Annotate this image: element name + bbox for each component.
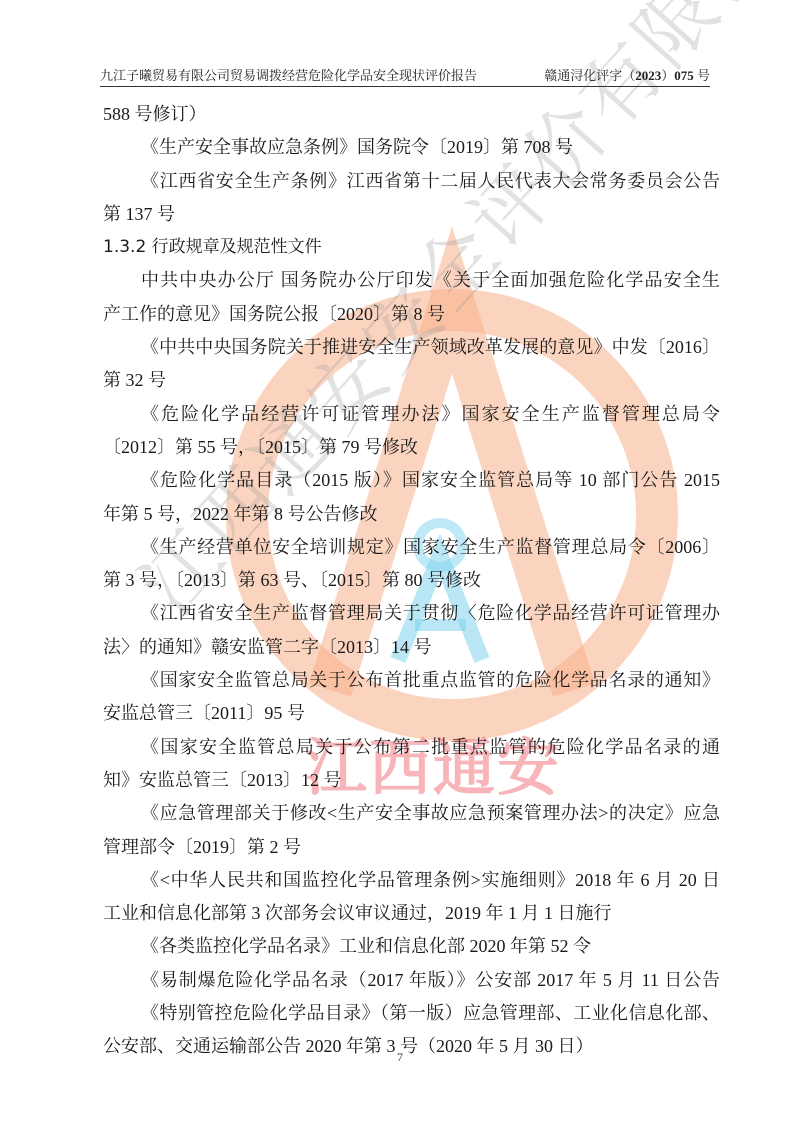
text-line: 年第 5 号，2022 年第 8 号公告修改 xyxy=(103,498,720,531)
text-line: 第 32 号 xyxy=(103,364,720,397)
page-header: 九江子曦贸易有限公司贸易调拨经营危险化学品安全现状评价报告 赣通浔化评字（202… xyxy=(100,64,710,87)
text-line: 《江西省安全生产条例》江西省第十二届人民代表大会常务委员会公告 xyxy=(103,165,720,198)
text-line: 《生产经营单位安全培训规定》国家安全生产监督管理总局令〔2006〕 xyxy=(103,531,720,564)
document-page: 江西通安安全评价有限公司 江西通安 九江子曦贸易有限公司贸易调拨经营危险化学品安… xyxy=(0,0,800,1131)
text-line: 《<中华人民共和国监控化学品管理条例>实施细则》2018 年 6 月 20 日 xyxy=(103,864,720,897)
text-line: 《应急管理部关于修改<生产安全事故应急预案管理办法>的决定》应急 xyxy=(103,797,720,830)
text-line: 中共中央办公厅 国务院办公厅印发《关于全面加强危险化学品安全生 xyxy=(103,264,720,297)
document-body: 588 号修订）《生产安全事故应急条例》国务院令〔2019〕第 708 号《江西… xyxy=(103,98,720,1064)
text-line: 《危险化学品经营许可证管理办法》国家安全生产监督管理总局令 xyxy=(103,398,720,431)
text-line: 588 号修订） xyxy=(103,98,720,131)
text-line: 第 3 号，〔2013〕第 63 号、〔2015〕第 80 号修改 xyxy=(103,564,720,597)
text-line: 《各类监控化学品名录》工业和信息化部 2020 年第 52 令 xyxy=(103,930,720,963)
text-line: 《易制爆危险化学品名录（2017 年版）》公安部 2017 年 5 月 11 日… xyxy=(103,964,720,997)
header-report-number: 赣通浔化评字（2023）075 号 xyxy=(544,65,710,84)
page-number: 7 xyxy=(0,1050,800,1065)
text-line: 《江西省安全生产监督管理局关于贯彻〈危险化学品经营许可证管理办 xyxy=(103,597,720,630)
text-line: 产工作的意见》国务院公报〔2020〕第 8 号 xyxy=(103,298,720,331)
text-line: 〔2012〕第 55 号，〔2015〕第 79 号修改 xyxy=(103,431,720,464)
section-heading: 1.3.2 行政规章及规范性文件 xyxy=(103,231,720,264)
text-line: 《国家安全监管总局关于公布第二批重点监管的危险化学品名录的通 xyxy=(103,731,720,764)
text-line: 知》安监总管三〔2013〕12 号 xyxy=(103,764,720,797)
text-line: 工业和信息化部第 3 次部务会议审议通过，2019 年 1 月 1 日施行 xyxy=(103,897,720,930)
text-line: 《生产安全事故应急条例》国务院令〔2019〕第 708 号 xyxy=(103,131,720,164)
text-line: 《中共中央国务院关于推进安全生产领域改革发展的意见》中发〔2016〕 xyxy=(103,331,720,364)
text-line: 《特别管控危险化学品目录》（第一版）应急管理部、工业化信息化部、 xyxy=(103,997,720,1030)
text-line: 《危险化学品目录（2015 版）》国家安全监管总局等 10 部门公告 2015 xyxy=(103,464,720,497)
text-line: 安监总管三〔2011〕95 号 xyxy=(103,697,720,730)
header-report-title: 九江子曦贸易有限公司贸易调拨经营危险化学品安全现状评价报告 xyxy=(100,65,477,84)
text-line: 管理部令〔2019〕第 2 号 xyxy=(103,831,720,864)
text-line: 法〉的通知》赣安监管二字〔2013〕14 号 xyxy=(103,631,720,664)
text-line: 第 137 号 xyxy=(103,198,720,231)
text-line: 《国家安全监管总局关于公布首批重点监管的危险化学品名录的通知》 xyxy=(103,664,720,697)
